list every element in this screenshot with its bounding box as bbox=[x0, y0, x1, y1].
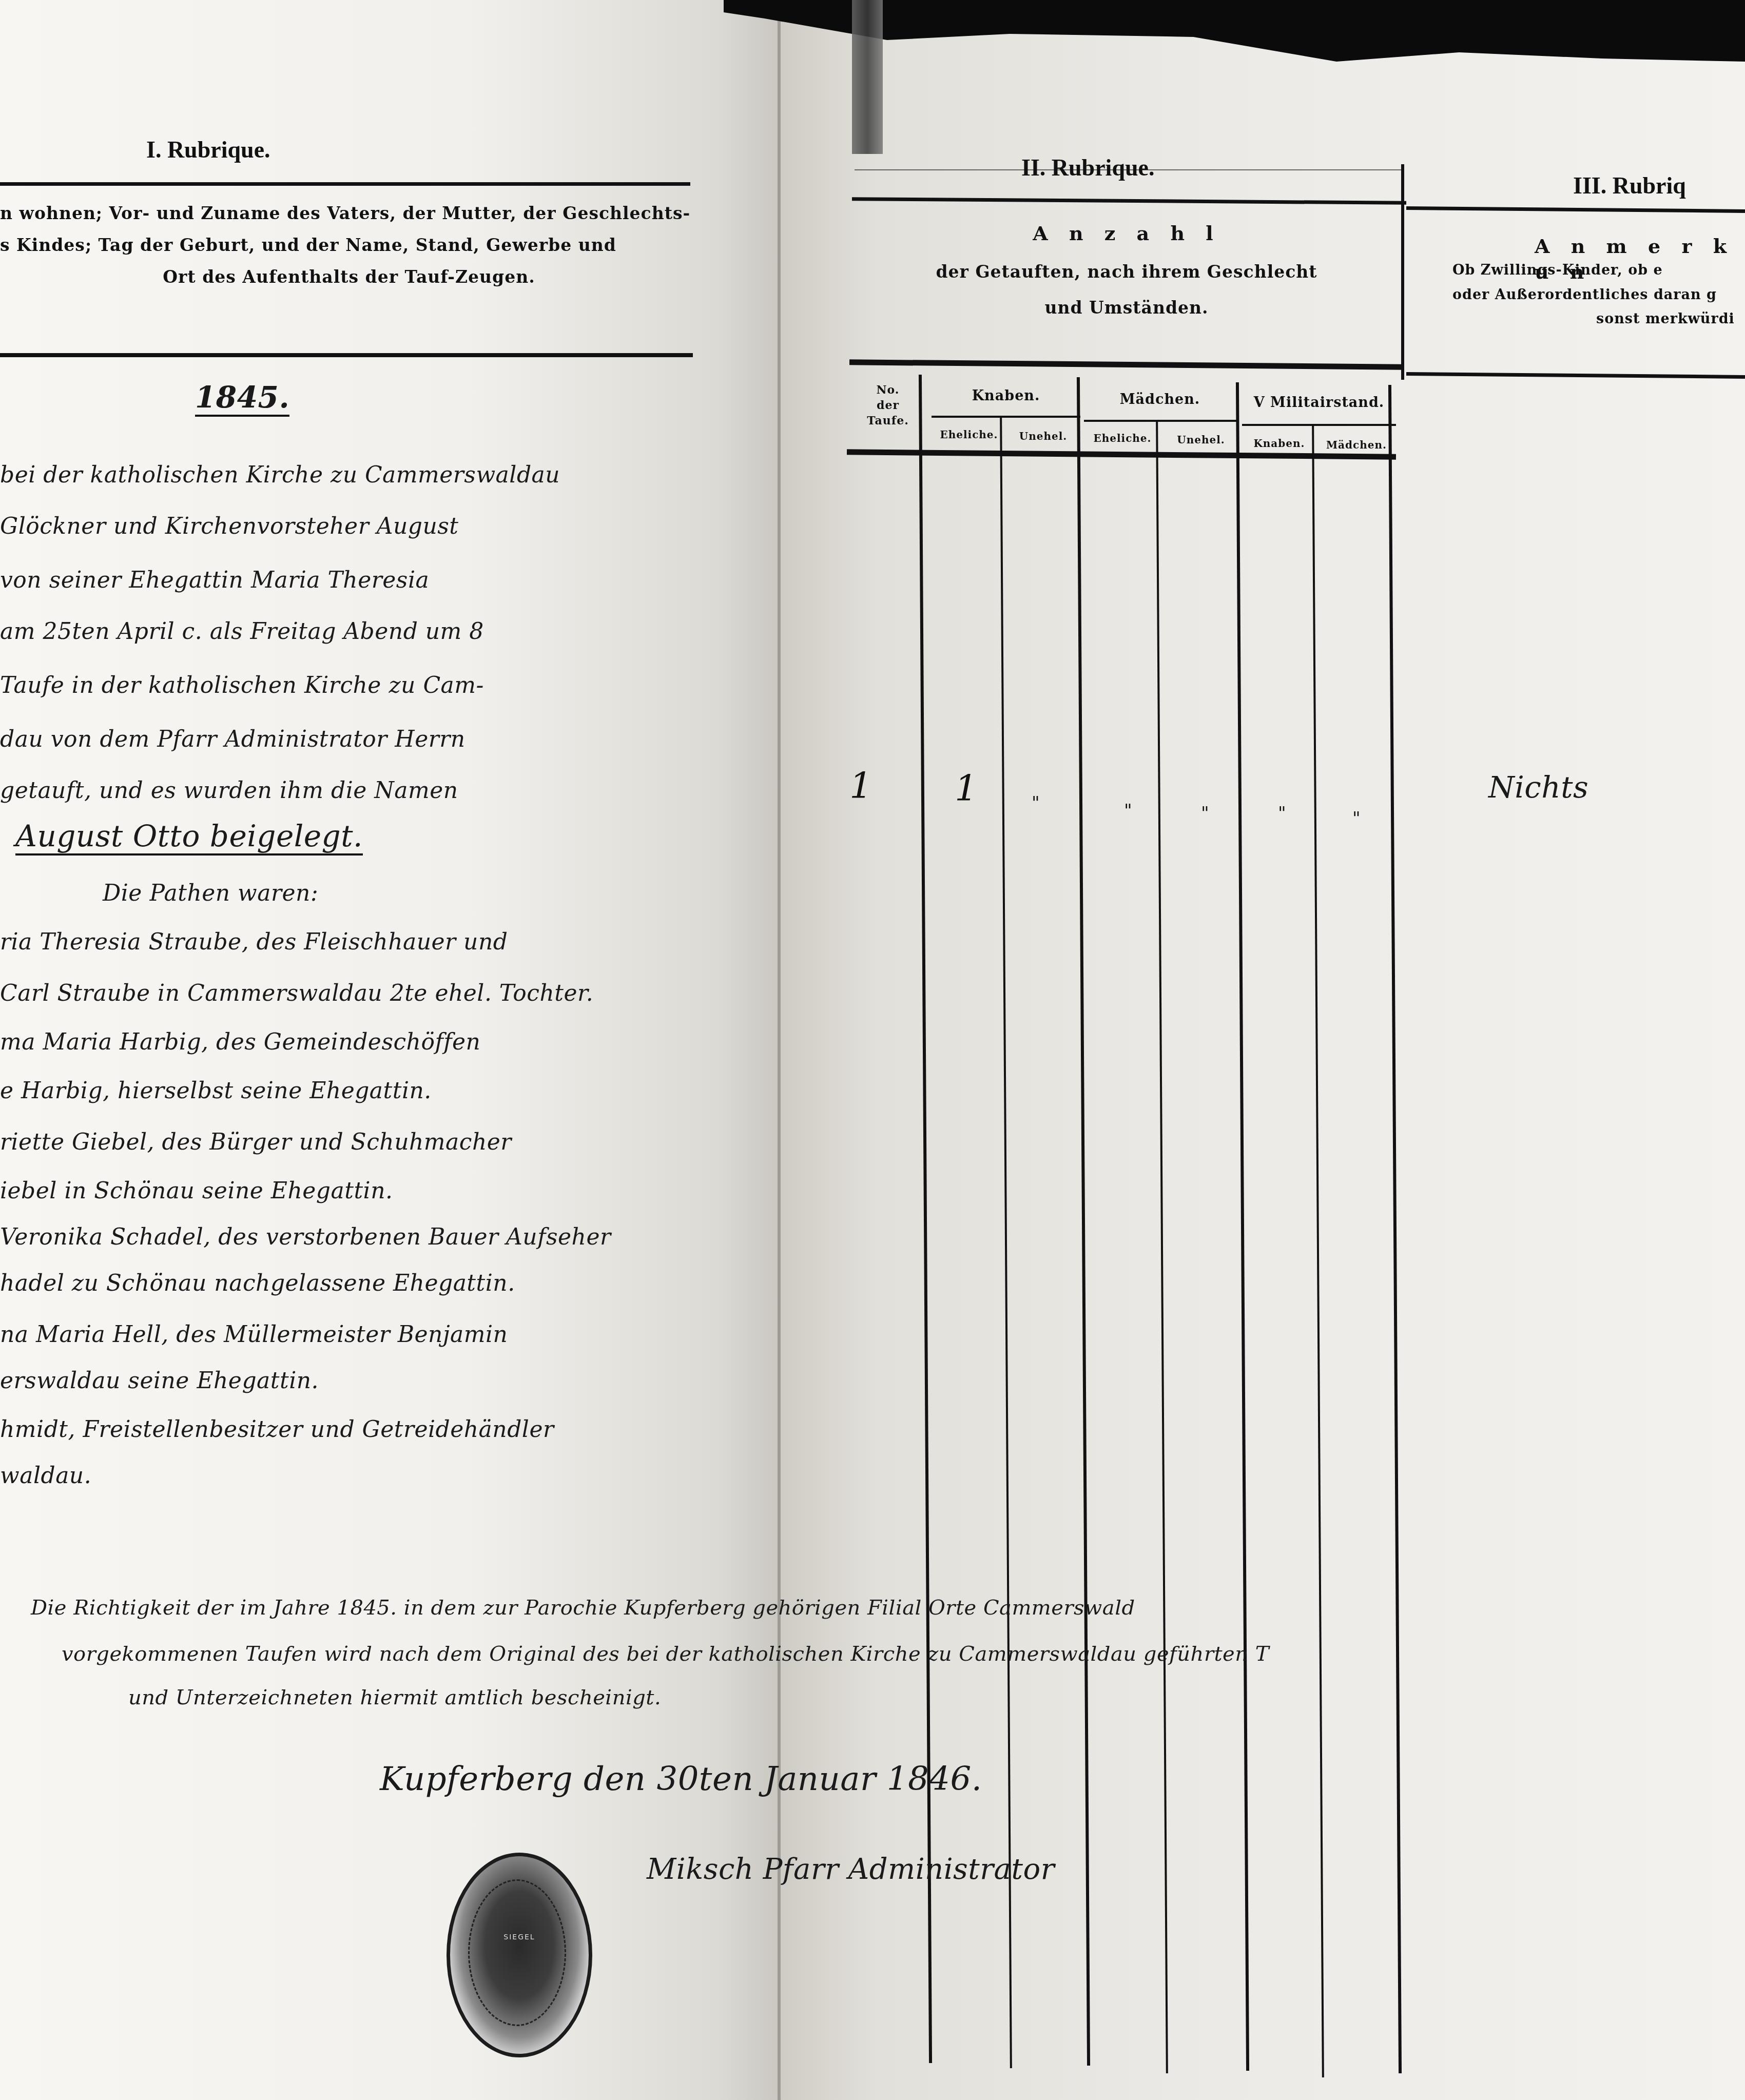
rubrique-1-header-line-1: n wohnen; Vor- und Zuname des Vaters, de… bbox=[0, 198, 698, 229]
certification-line-1: Die Richtigkeit der im Jahre 1845. in de… bbox=[31, 1596, 1135, 1620]
entry-knaben-unehel: " bbox=[1032, 793, 1040, 813]
entry-line: Glöckner und Kirchenvorsteher August bbox=[0, 513, 459, 539]
godparent-line: ria Theresia Straube, des Fleischhauer u… bbox=[0, 929, 508, 955]
entry-line: dau von dem Pfarr Administrator Herrn bbox=[0, 726, 466, 752]
militair-subrule bbox=[1242, 424, 1396, 426]
rubrique-3-header-line-2: oder Außerordentliches daran g bbox=[1452, 284, 1745, 306]
col-sub-militair-knaben: Knaben. bbox=[1242, 437, 1316, 450]
remark-nichts: Nichts bbox=[1488, 770, 1588, 805]
godparent-line: iebel in Schönau seine Ehegattin. bbox=[0, 1178, 393, 1204]
rubrique-3-header-line-3: sonst merkwürdi bbox=[1596, 308, 1745, 330]
seal-label: SIEGEL bbox=[450, 1933, 589, 1941]
parish-seal: SIEGEL bbox=[447, 1853, 592, 2057]
entry-line: Taufe in der katholischen Kirche zu Cam- bbox=[0, 672, 484, 698]
entry-line: von seiner Ehegattin Maria Theresia bbox=[0, 567, 429, 593]
bookmark-ribbon bbox=[852, 0, 883, 154]
rubrique-1-title: I. Rubrique. bbox=[146, 136, 270, 163]
entry-no: 1 bbox=[849, 765, 872, 807]
entry-maedchen-ehelich: " bbox=[1124, 801, 1132, 821]
col-header-maedchen: Mädchen. bbox=[1083, 391, 1237, 409]
certification-line-2: vorgekommenen Taufen wird nach dem Origi… bbox=[62, 1642, 1269, 1666]
knaben-subrule bbox=[932, 416, 1080, 418]
col-sub-maedchen-ehelich: Eheliche. bbox=[1084, 432, 1161, 444]
col-header-no-der-taufe: No. der Taufe. bbox=[852, 382, 924, 429]
entry-line: getauft, und es wurden ihm die Namen bbox=[0, 777, 458, 804]
rubrique-2-header-line-2: und Umständen. bbox=[855, 295, 1399, 321]
godparent-line: hadel zu Schönau nachgelassene Ehegattin… bbox=[0, 1270, 515, 1296]
godparent-line: e Harbig, hierselbst seine Ehegattin. bbox=[0, 1078, 432, 1104]
rubrique-2-title: II. Rubrique. bbox=[1021, 154, 1154, 181]
col-header-knaben: Knaben. bbox=[932, 387, 1080, 405]
rubrique-3-title: III. Rubriq bbox=[1573, 172, 1686, 199]
entry-militair-maedchen: " bbox=[1352, 808, 1361, 829]
col-sub-maedchen-unehel: Unehel. bbox=[1162, 434, 1239, 446]
entry-militair-knaben: " bbox=[1278, 803, 1286, 824]
godparent-line: erswaldau seine Ehegattin. bbox=[0, 1368, 319, 1394]
entry-maedchen-unehel: " bbox=[1201, 803, 1209, 824]
col-header-no: No. bbox=[852, 382, 924, 398]
godparent-line: Carl Straube in Cammerswaldau 2te ehel. … bbox=[0, 980, 593, 1006]
col-sub-knaben-unehel: Unehel. bbox=[1006, 430, 1080, 442]
col-header-taufe: Taufe. bbox=[852, 413, 924, 429]
certification-place-date: Kupferberg den 30ten Januar 1846. bbox=[380, 1760, 982, 1798]
rubrique-1-header-line-2: s Kindes; Tag der Geburt, und der Name, … bbox=[0, 229, 698, 261]
entry-knaben-ehelich: 1 bbox=[955, 767, 978, 809]
godparent-line: ma Maria Harbig, des Gemeindeschöffen bbox=[0, 1029, 480, 1055]
godparent-line: na Maria Hell, des Müllermeister Benjami… bbox=[0, 1321, 508, 1348]
rubrique-3-header-line-1: Ob Zwillings-Kinder, ob e bbox=[1452, 259, 1745, 282]
maedchen-subrule bbox=[1084, 420, 1238, 422]
godparent-line: hmidt, Freistellenbesitzer und Getreideh… bbox=[0, 1416, 554, 1443]
child-name: August Otto beigelegt. bbox=[15, 819, 363, 855]
godparent-line: riette Giebel, des Bürger und Schuhmache… bbox=[0, 1129, 512, 1155]
rubrique-1-rule-bottom bbox=[0, 353, 693, 357]
rubrique-1-rule-top bbox=[0, 182, 690, 186]
col-sub-militair-maedchen: Mädchen. bbox=[1318, 439, 1395, 451]
rubrique-2-anzahl: A n z a h l bbox=[855, 221, 1399, 246]
rubrique-2-3-divider bbox=[1401, 164, 1404, 380]
entry-line: bei der katholischen Kirche zu Cammerswa… bbox=[0, 462, 560, 488]
col-header-der: der bbox=[852, 398, 924, 413]
certification-signature: Miksch Pfarr Administrator bbox=[647, 1853, 1055, 1886]
seal-inner-ring bbox=[468, 1879, 566, 2026]
col-header-militairstand: V Militairstand. bbox=[1242, 394, 1396, 412]
col-sub-knaben-ehelich: Eheliche. bbox=[933, 429, 1005, 441]
godparent-line: waldau. bbox=[0, 1463, 91, 1489]
rubrique-2-header-line-1: der Getauften, nach ihrem Geschlecht bbox=[855, 259, 1399, 285]
godparents-heading: Die Pathen waren: bbox=[103, 880, 318, 906]
rubrique-1-header-line-3: Ort des Aufenthalts der Tauf-Zeugen. bbox=[0, 261, 698, 293]
godparent-line: Veronika Schadel, des verstorbenen Bauer… bbox=[0, 1224, 611, 1250]
entry-line: am 25ten April c. als Freitag Abend um 8 bbox=[0, 618, 484, 645]
certification-line-3: und Unterzeichneten hiermit amtlich besc… bbox=[128, 1686, 661, 1709]
entry-year: 1845. bbox=[195, 380, 289, 417]
